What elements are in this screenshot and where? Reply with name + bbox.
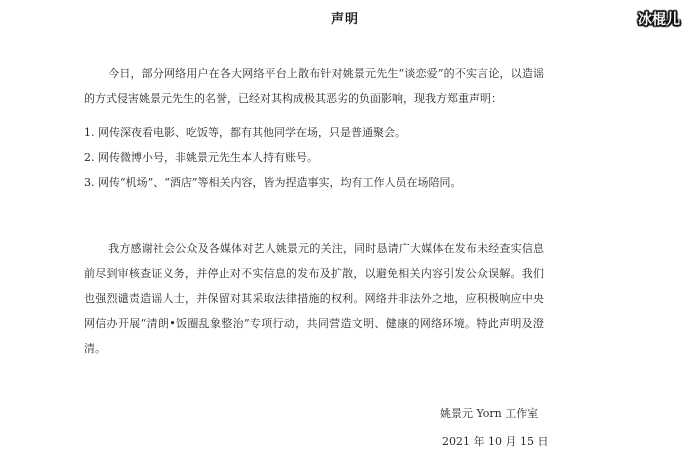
issuer-name: 姚景元 Yorn 工作室 [440,400,548,428]
signature-block: 姚景元 Yorn 工作室 2021 年 10 月 15 日 [440,400,548,452]
closing-paragraph: 我方感谢社会公众及各媒体对艺人姚景元的关注，同时恳请广大媒体在发布未经查实信息前… [84,236,544,361]
list-item: 2. 网传微博小号，非姚景元先生本人持有账号。 [84,145,461,170]
closing-text: 我方感谢社会公众及各媒体对艺人姚景元的关注，同时恳请广大媒体在发布未经查实信息前… [84,242,544,355]
intro-paragraph: 今日，部分网络用户在各大网络平台上散布针对姚景元先生“谈恋爱”的不实言论，以造谣… [84,61,544,111]
document-title: 声明 [0,8,690,27]
statement-document: 声明 冰棍儿 今日，部分网络用户在各大网络平台上散布针对姚景元先生“谈恋爱”的不… [0,0,690,452]
intro-text: 今日，部分网络用户在各大网络平台上散布针对姚景元先生“谈恋爱”的不实言论，以造谣… [84,67,544,105]
points-list: 1. 网传深夜看电影、吃饭等，都有其他同学在场，只是普通聚会。 2. 网传微博小… [84,120,461,195]
list-item: 1. 网传深夜看电影、吃饭等，都有其他同学在场，只是普通聚会。 [84,120,461,145]
watermark-logo: 冰棍儿 [638,9,680,29]
issue-date: 2021 年 10 月 15 日 [440,428,548,452]
list-item: 3. 网传“机场”、“酒店”等相关内容，皆为捏造事实，均有工作人员在场陪同。 [84,170,461,195]
